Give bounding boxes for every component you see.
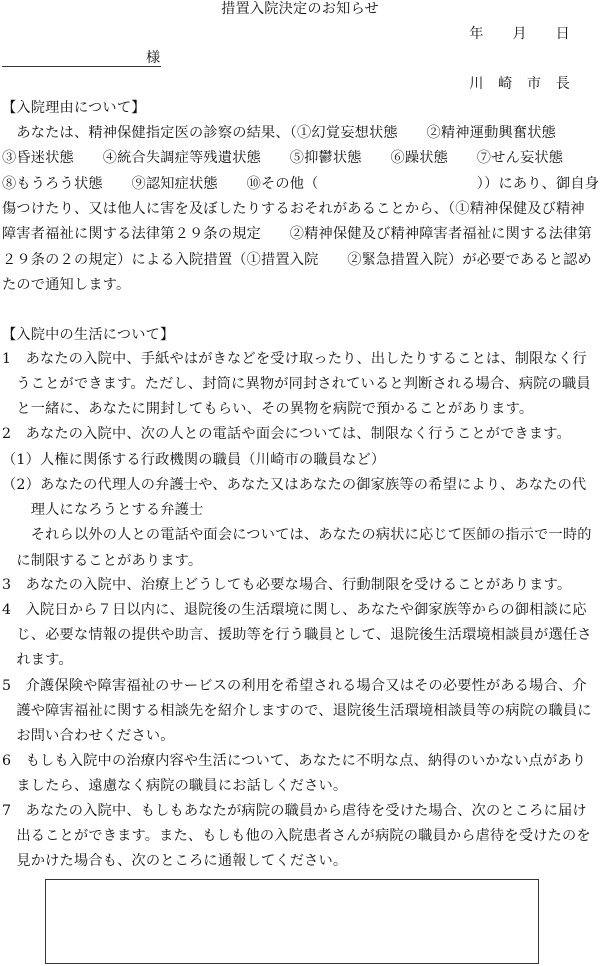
- reason-line: 傷つけたり、又は他人に害を及ぼしたりするおそれがあることから、（①精神保健及び精…: [2, 200, 585, 218]
- date-line: 年 月 日: [469, 25, 570, 43]
- life-line: と一緒に、あなたに開封してもらい、その異物を病院で預かることがあります。: [2, 400, 533, 418]
- life-line: 理人になろうとする弁護士: [2, 501, 203, 519]
- life-line: れます。: [2, 651, 73, 669]
- reason-line: あなたは、精神保健指定医の診察の結果、（①幻覚妄想状態 ②精神運動興奮状態: [2, 124, 556, 142]
- life-line: それら以外の人との電話や面会については、あなたの病状に応じて医師の指示で一時的: [2, 526, 592, 544]
- reason-line: 障害者福祉に関する法律第２９条の規定 ②精神保健及び精神障害者福祉に関する法律第: [2, 225, 592, 243]
- life-line: 2 あなたの入院中、次の人との電話や面会については、制限なく行うことができます。: [2, 425, 571, 443]
- life-line: ましたら、遠慮なく病院の職員にお話しください。: [2, 777, 347, 795]
- addressee-suffix: 様: [146, 49, 160, 67]
- reason-heading: 【入院理由について】: [2, 99, 146, 117]
- life-line: 4 入院日から７日以内に、退院後の生活環境に関し、あなたや御家族等からの御相談に…: [2, 601, 587, 619]
- addressee-name-blank: [2, 66, 161, 67]
- life-line: 1 あなたの入院中、手紙やはがきなどを受け取ったり、出したりすることは、制限なく…: [2, 350, 587, 368]
- reason-line: ⑧もうろう状態 ⑨認知症状態 ⑩その他（ ））にあり、御自身を: [2, 175, 600, 193]
- issuer: 川 崎 市 長: [469, 75, 570, 93]
- life-line: に制限することがあります。: [2, 552, 202, 570]
- document-title: 措置入院決定のお知らせ: [0, 0, 600, 18]
- reason-line: ③昏迷状態 ④統合失調症等残遺状態 ⑤抑鬱状態 ⑥躁状態 ⑦せん妄状態: [2, 149, 563, 167]
- life-line: 見かけた場合も、次のところに通報してください。: [2, 852, 347, 870]
- life-heading: 【入院中の生活について】: [2, 326, 174, 344]
- life-line: 出ることができます。また、もしも他の入院患者さんが病院の職員から虐待を受けたのを: [2, 827, 591, 845]
- life-line: （2）あなたの代理人の弁護士や、あなた又はあなたの御家族等の希望により、あなたの…: [2, 476, 586, 494]
- life-line: うことができます。ただし、封筒に異物が同封されていると判断される場合、病院の職員: [2, 375, 591, 393]
- life-line: 6 もしも入院中の治療内容や生活について、あなたに不明な点、納得のいかない点があ…: [2, 752, 586, 770]
- reason-line: ２９条の２の規定）による入院措置（①措置入院 ②緊急措置入院）が必要であると認め: [2, 251, 592, 269]
- life-line: 護や障害福祉に関する相談先を紹介しますので、退院後生活環境相談員等の病院の職員に: [2, 702, 592, 720]
- reason-line: たので通知します。: [2, 276, 130, 294]
- life-line: 7 あなたの入院中、もしもあなたが病院の職員から虐待を受けた場合、次のところに届…: [2, 802, 587, 820]
- life-line: （1）人権に関係する行政機関の職員（川崎市の職員など）: [2, 451, 385, 469]
- life-line: 5 介護保険や障害福祉のサービスの利用を希望される場合又はその必要性がある場合、…: [2, 677, 587, 695]
- life-line: じ、必要な情報の提供や助言、援助等を行う職員として、退院後生活環境相談員が選任さ: [2, 626, 592, 644]
- life-line: お問い合わせください。: [2, 727, 175, 745]
- contact-info-box: [45, 879, 539, 964]
- life-line: 3 あなたの入院中、治療上どうしても必要な場合、行動制限を受けることがあります。: [2, 576, 571, 594]
